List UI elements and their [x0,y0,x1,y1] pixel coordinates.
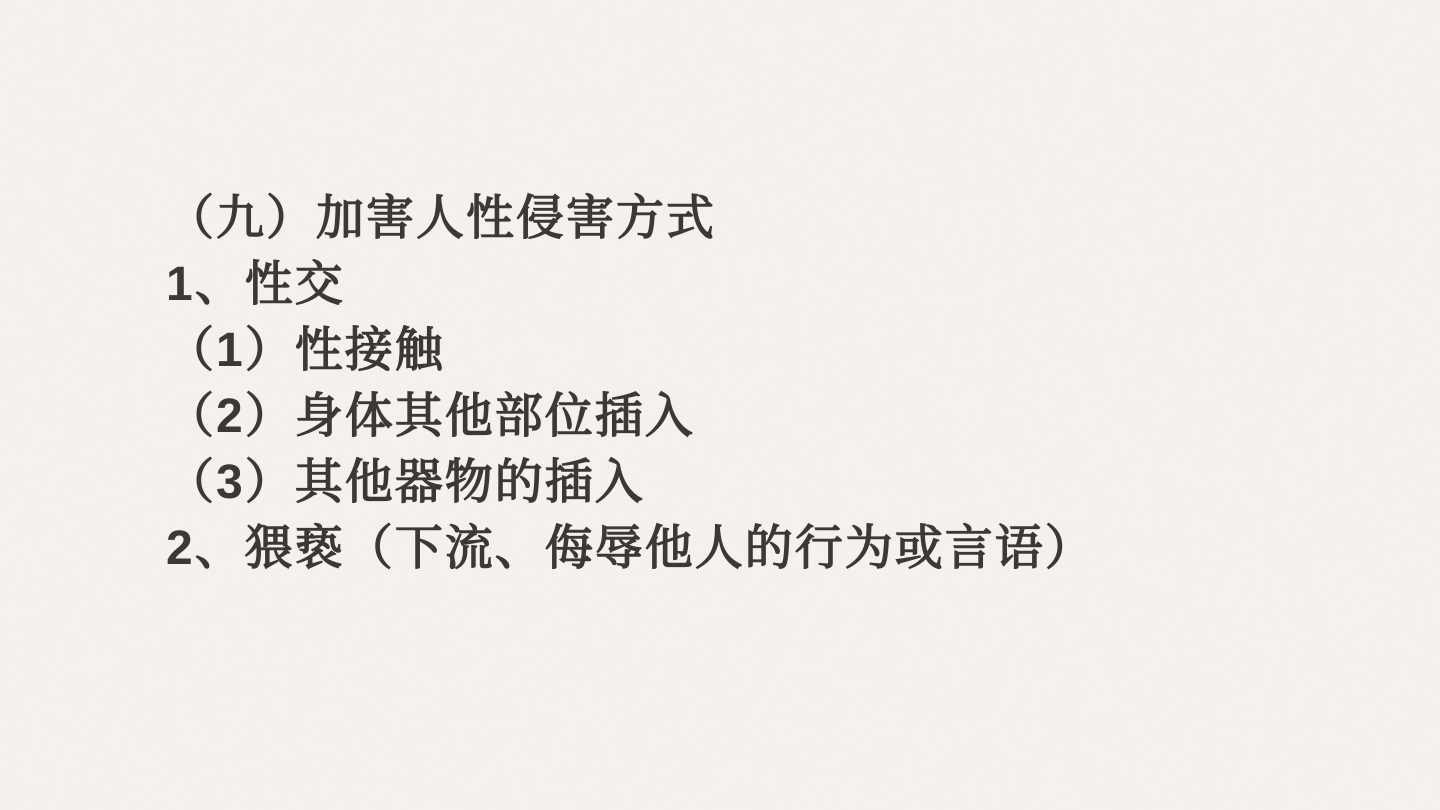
list-item-1b: （2）身体其他部位插入 [166,384,1316,450]
list-item-1: 1、性交 [166,252,1316,318]
presentation-slide: （九）加害人性侵害方式 1、性交 （1）性接触 （2）身体其他部位插入 （3）其… [0,0,1440,810]
slide-text-block: （九）加害人性侵害方式 1、性交 （1）性接触 （2）身体其他部位插入 （3）其… [166,186,1316,582]
list-item-1c: （3）其他器物的插入 [166,450,1316,516]
list-item-1a: （1）性接触 [166,318,1316,384]
slide-title: （九）加害人性侵害方式 [166,186,1316,252]
list-item-2: 2、猥亵（下流、侮辱他人的行为或言语） [166,516,1316,582]
